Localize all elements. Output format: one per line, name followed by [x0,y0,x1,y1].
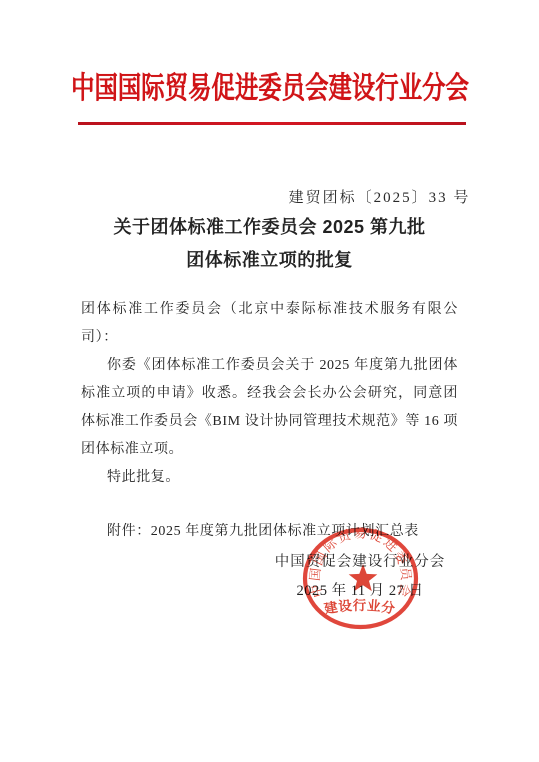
closing-line: 特此批复。 [81,464,458,492]
document-body: 团体标准工作委员会（北京中泰际标准技术服务有限公司）： 你委《团体标准工作委员会… [81,296,458,546]
document-title-line1: 关于团体标准工作委员会 2025 第九批 [0,211,539,244]
body-paragraph: 你委《团体标准工作委员会关于 2025 年度第九批团体标准立项的申请》收悉。经我… [81,352,458,464]
document-title-line2: 团体标准立项的批复 [0,244,539,277]
salutation: 团体标准工作委员会（北京中泰际标准技术服务有限公司）： [81,296,458,352]
document-title: 关于团体标准工作委员会 2025 第九批 团体标准立项的批复 [0,211,539,277]
document-number: 建贸团标〔2025〕33 号 [220,186,539,207]
document-page: 中国国际贸易促进委员会建设行业分会 建贸团标〔2025〕33 号 关于团体标准工… [0,0,539,762]
signature-date: 2025 年 11 月 27 日 [245,584,475,599]
letterhead: 中国国际贸易促进委员会建设行业分会 [0,70,539,113]
signature-org: 中国贸促会建设行业分会 [245,555,475,570]
signature-block: 中国贸促会建设行业分会 2025 年 11 月 27 日 [245,555,475,599]
attachment-line: 附件：2025 年度第九批团体标准立项计划汇总表 [81,518,458,546]
letterhead-divider [78,122,466,125]
letterhead-org-name: 中国国际贸易促进委员会建设行业分会 [71,70,469,108]
